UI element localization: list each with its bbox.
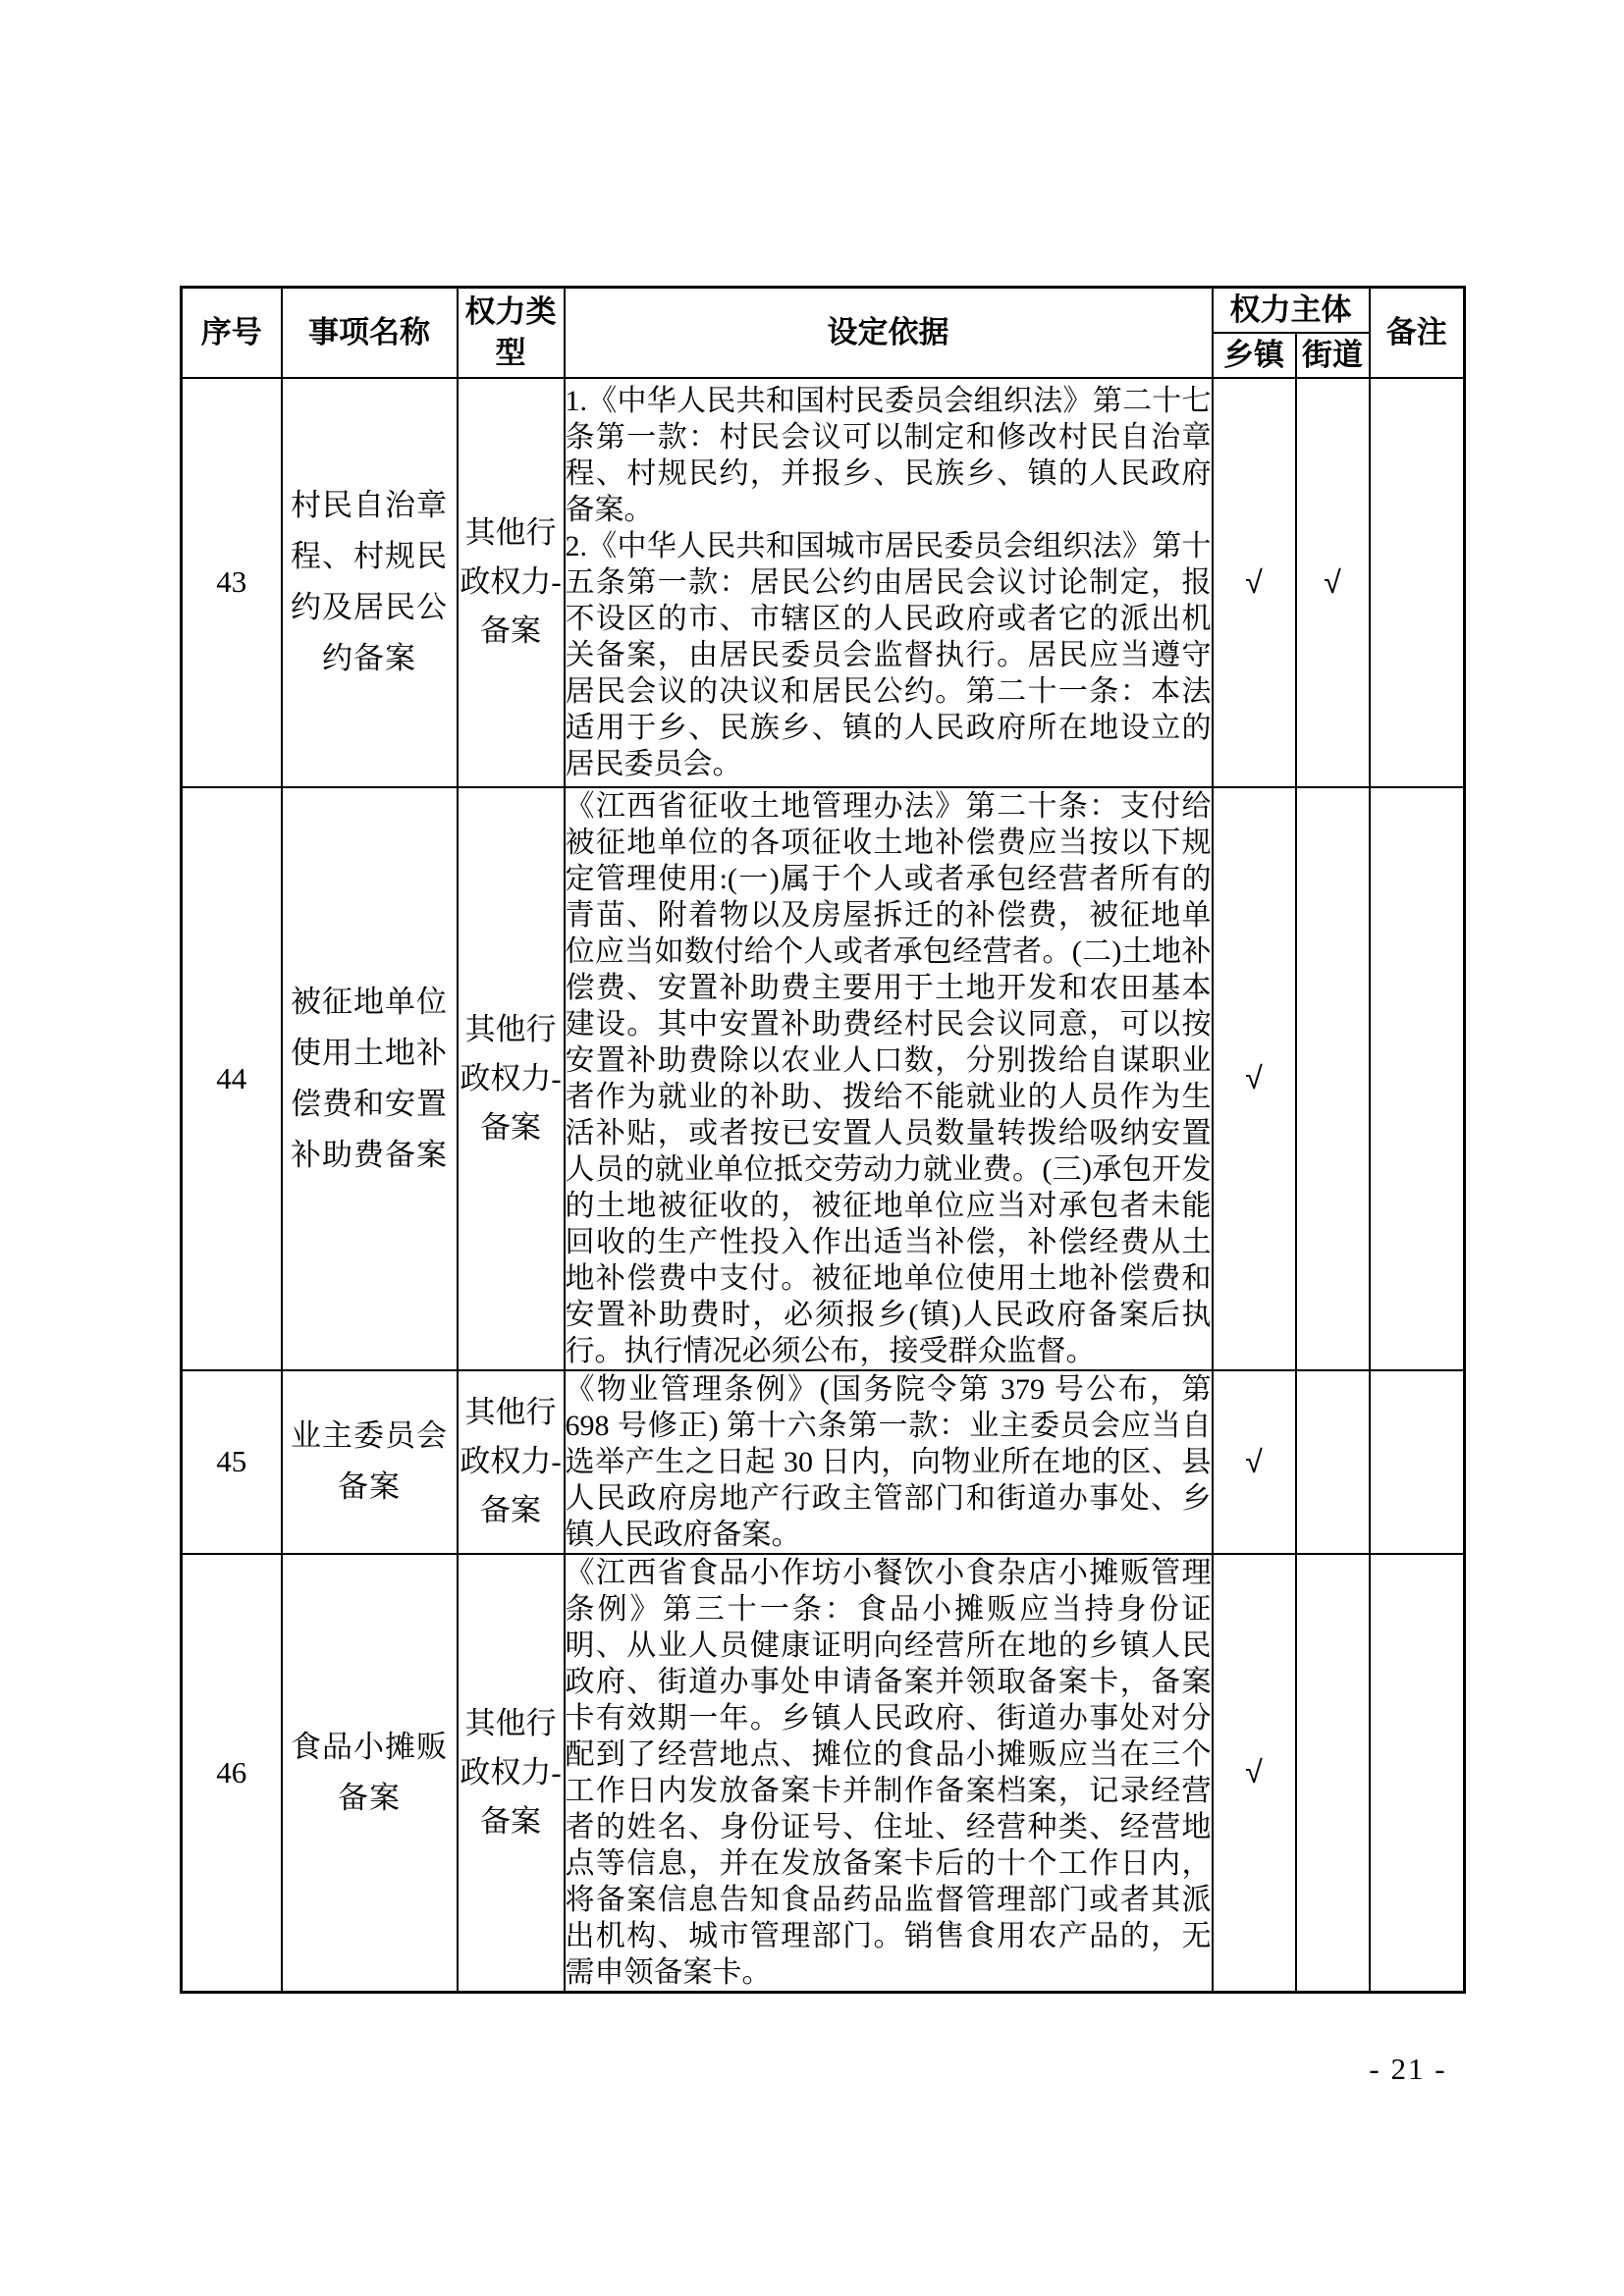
header-power-type: 权力类型 — [458, 288, 565, 378]
cell-power-type: 其他行政权力-备案 — [458, 787, 565, 1370]
table-row: 45 业主委员会备案 其他行政权力-备案 《物业管理条例》(国务院令第 379 … — [182, 1370, 1465, 1554]
check-mark: √ — [1245, 1444, 1263, 1479]
cell-power-type: 其他行政权力-备案 — [458, 1370, 565, 1554]
basis-paragraph: 2.《中华人民共和国城市居民委员会组织法》第十五条第一款：居民公约由居民会议讨论… — [566, 528, 1212, 782]
table-row: 43 村民自治章程、村规民约及居民公约备案 其他行政权力-备案 1.《中华人民共… — [182, 378, 1465, 787]
cell-street-check — [1296, 787, 1370, 1370]
cell-seq: 43 — [182, 378, 282, 787]
cell-power-type: 其他行政权力-备案 — [458, 378, 565, 787]
cell-seq: 44 — [182, 787, 282, 1370]
cell-remark — [1370, 1370, 1465, 1554]
cell-remark — [1370, 787, 1465, 1370]
cell-township-check: √ — [1213, 787, 1296, 1370]
header-township: 乡镇 — [1213, 333, 1296, 378]
cell-power-type: 其他行政权力-备案 — [458, 1554, 565, 1993]
header-power-subject: 权力主体 — [1213, 288, 1370, 333]
cell-seq: 45 — [182, 1370, 282, 1554]
cell-seq: 46 — [182, 1554, 282, 1993]
cell-item-name: 村民自治章程、村规民约及居民公约备案 — [282, 378, 458, 787]
cell-basis: 《江西省食品小作坊小餐饮小食杂店小摊贩管理条例》第三十一条：食品小摊贩应当持身份… — [565, 1554, 1213, 1993]
cell-basis: 《江西省征收土地管理办法》第二十条：支付给被征地单位的各项征收土地补偿费应当按以… — [565, 787, 1213, 1370]
check-mark: √ — [1245, 1060, 1263, 1095]
header-seq: 序号 — [182, 288, 282, 378]
power-items-table: 序号 事项名称 权力类型 设定依据 权力主体 备注 乡镇 街道 43 村民自治章… — [180, 286, 1466, 1994]
cell-item-name: 业主委员会备案 — [282, 1370, 458, 1554]
page-number: - 21 - — [1353, 2052, 1463, 2087]
cell-township-check: √ — [1213, 378, 1296, 787]
basis-paragraph: 《物业管理条例》(国务院令第 379 号公布，第 698 号修正) 第十六条第一… — [566, 1371, 1212, 1553]
cell-township-check: √ — [1213, 1370, 1296, 1554]
cell-township-check: √ — [1213, 1554, 1296, 1993]
cell-basis: 《物业管理条例》(国务院令第 379 号公布，第 698 号修正) 第十六条第一… — [565, 1370, 1213, 1554]
table-row: 44 被征地单位使用土地补偿费和安置补助费备案 其他行政权力-备案 《江西省征收… — [182, 787, 1465, 1370]
basis-paragraph: 1.《中华人民共和国村民委员会组织法》第二十七条第一款：村民会议可以制定和修改村… — [566, 383, 1212, 528]
cell-street-check: √ — [1296, 378, 1370, 787]
cell-remark — [1370, 1554, 1465, 1993]
basis-paragraph: 《江西省征收土地管理办法》第二十条：支付给被征地单位的各项征收土地补偿费应当按以… — [566, 788, 1212, 1369]
cell-item-name: 被征地单位使用土地补偿费和安置补助费备案 — [282, 787, 458, 1370]
table-row: 46 食品小摊贩备案 其他行政权力-备案 《江西省食品小作坊小餐饮小食杂店小摊贩… — [182, 1554, 1465, 1993]
cell-item-name: 食品小摊贩备案 — [282, 1554, 458, 1993]
cell-street-check — [1296, 1370, 1370, 1554]
cell-street-check — [1296, 1554, 1370, 1993]
document-page: 序号 事项名称 权力类型 设定依据 权力主体 备注 乡镇 街道 43 村民自治章… — [0, 0, 1624, 2296]
header-remark: 备注 — [1370, 288, 1465, 378]
check-mark: √ — [1245, 1754, 1263, 1789]
basis-paragraph: 《江西省食品小作坊小餐饮小食杂店小摊贩管理条例》第三十一条：食品小摊贩应当持身份… — [566, 1555, 1212, 1991]
check-mark: √ — [1245, 564, 1263, 600]
header-row-top: 序号 事项名称 权力类型 设定依据 权力主体 备注 — [182, 288, 1465, 333]
header-item-name: 事项名称 — [282, 288, 458, 378]
header-basis: 设定依据 — [565, 288, 1213, 378]
check-mark: √ — [1324, 564, 1341, 600]
header-street: 街道 — [1296, 333, 1370, 378]
cell-basis: 1.《中华人民共和国村民委员会组织法》第二十七条第一款：村民会议可以制定和修改村… — [565, 378, 1213, 787]
cell-remark — [1370, 378, 1465, 787]
